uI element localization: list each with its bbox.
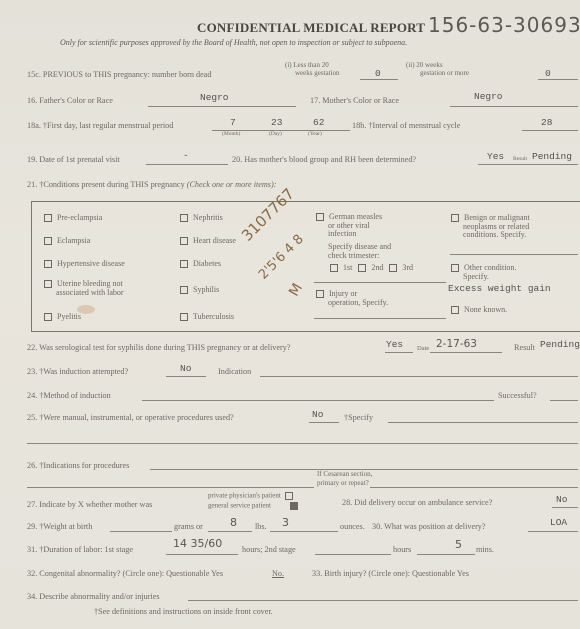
q15c-label: 15c. PREVIOUS to THIS pregnancy: number … — [27, 70, 212, 79]
q29-oz-value[interactable]: 3 — [282, 516, 289, 529]
report-subtitle: Only for scientific purposes approved by… — [60, 38, 407, 47]
private-patient-checkbox[interactable] — [285, 492, 293, 500]
checkbox[interactable] — [44, 237, 52, 245]
q24-label: 24. †Method of induction — [27, 391, 111, 400]
q31-mins-value[interactable]: 5 — [455, 538, 462, 551]
q18a-day-label: (Day) — [269, 131, 282, 137]
condition-benign-neoplasms[interactable]: Benign or malignantneoplasms or relatedc… — [451, 214, 530, 240]
q30-label: 30. What was position at delivery? — [372, 522, 486, 531]
q22-label: 22. Was serological test for syphilis do… — [27, 343, 290, 352]
q22-value[interactable]: Yes — [386, 339, 403, 350]
q15c-opt2-value[interactable]: 0 — [545, 68, 551, 79]
q18a-month[interactable]: 7 — [230, 117, 236, 128]
q16-father-race[interactable]: Negro — [200, 92, 229, 103]
q19-value[interactable]: - — [183, 150, 189, 161]
q29-lbs-value[interactable]: 8 — [230, 516, 237, 529]
condition-tuberculosis[interactable]: Tuberculosis — [180, 313, 234, 322]
q31-stage1-value[interactable]: 14 35/60 — [173, 537, 222, 550]
q22-result-value[interactable]: Pending — [540, 339, 580, 350]
q28-value[interactable]: No — [556, 494, 567, 505]
checkbox[interactable] — [44, 280, 52, 288]
checkbox[interactable] — [180, 214, 188, 222]
q18a-year[interactable]: 62 — [313, 117, 324, 128]
q18b-label: 18b. †Interval of menstrual cycle — [352, 121, 460, 130]
q25-value[interactable]: No — [312, 409, 323, 420]
q31-mins-label: mins. — [476, 545, 494, 554]
q17-label: 17. Mother's Color or Race — [310, 96, 399, 105]
q16-label: 16. Father's Color or Race — [27, 96, 113, 105]
q27-private-patient[interactable]: private physician's patient — [208, 492, 298, 500]
condition-injury[interactable]: Injury oroperation, Specify. — [316, 290, 388, 307]
condition-pyelitis[interactable]: Pyelitis — [44, 313, 81, 322]
q26-cesarean-label-b: primary or repeat? — [317, 480, 369, 488]
report-number: 156-63-30693 — [428, 13, 580, 37]
q27-general-service-patient[interactable]: general service patient — [208, 502, 303, 510]
q21-label: 21. †Conditions present during THIS preg… — [27, 180, 276, 189]
q28-label: 28. Did delivery occur on ambulance serv… — [342, 498, 492, 507]
q29-lbs-label: lbs. — [255, 522, 267, 531]
q26-cesarean-label-a: If Cesarean section, — [317, 471, 372, 479]
checkbox[interactable] — [180, 286, 188, 294]
q31-hours2-label: hours — [393, 545, 411, 554]
condition-nephritis[interactable]: Nephritis — [180, 214, 223, 223]
condition-diabetes[interactable]: Diabetes — [180, 260, 221, 269]
condition-german-measles[interactable]: German measlesor other viralinfection — [316, 213, 382, 239]
q22-result-label: Result — [514, 343, 535, 352]
q23-value[interactable]: No — [180, 363, 191, 374]
q32-label: 32. Congenital abnormality? (Circle one)… — [27, 569, 223, 578]
condition-hypertensive-disease[interactable]: Hypertensive disease — [44, 260, 125, 269]
q26-label: 26. †Indications for procedures — [27, 461, 129, 470]
condition-other[interactable]: Other condition.Specify. — [451, 264, 516, 281]
q29-grams-label: grams or — [174, 522, 203, 531]
checkbox[interactable] — [44, 260, 52, 268]
checkbox[interactable] — [180, 313, 188, 321]
other-condition-value[interactable]: Excess weight gain — [448, 283, 551, 294]
q23-indication-label: Indication — [218, 367, 251, 376]
checkbox[interactable] — [180, 260, 188, 268]
q24-successful-label: Successful? — [498, 391, 537, 400]
q27-label: 27. Indicate by X whether mother was — [27, 500, 152, 509]
report-title: CONFIDENTIAL MEDICAL REPORT — [197, 20, 425, 36]
checkbox[interactable] — [451, 306, 459, 314]
q29-label: 29. †Weight at birth — [27, 522, 92, 531]
checkbox[interactable] — [316, 213, 324, 221]
q22-date-label: Date — [417, 345, 429, 352]
q18a-day[interactable]: 23 — [271, 117, 282, 128]
trimester-3rd-checkbox[interactable] — [389, 264, 397, 272]
medical-report-page: CONFIDENTIAL MEDICAL REPORT 156-63-30693… — [0, 0, 580, 629]
checkbox[interactable] — [180, 237, 188, 245]
q29-oz-label: ounces. — [340, 522, 365, 531]
q18a-label: 18a. †First day, last regular menstrual … — [27, 121, 173, 130]
q20-value[interactable]: Yes — [487, 151, 504, 162]
q22-date-value[interactable]: 2-17-63 — [436, 338, 477, 350]
condition-pre-eclampsia[interactable]: Pre-eclampsia — [44, 214, 102, 223]
trimester-1st-checkbox[interactable] — [330, 264, 338, 272]
q30-value[interactable]: LOA — [550, 517, 567, 528]
q15c-opt1-label-b: weeks gestation — [295, 70, 340, 78]
condition-syphilis[interactable]: Syphilis — [180, 286, 219, 295]
q34-label: 34. Describe abnormality and/or injuries — [27, 592, 160, 601]
q17-mother-race[interactable]: Negro — [474, 91, 503, 102]
q18a-month-label: (Month) — [222, 131, 240, 137]
condition-heart-disease[interactable]: Heart disease — [180, 237, 236, 246]
checkbox[interactable] — [451, 214, 459, 222]
footer-note: †See definitions and instructions on ins… — [94, 607, 273, 616]
q15c-opt1-value[interactable]: 0 — [375, 68, 381, 79]
q32-value[interactable]: No. — [272, 569, 284, 578]
q20-result-value[interactable]: Pending — [532, 151, 572, 162]
condition-eclampsia[interactable]: Eclampsia — [44, 237, 90, 246]
trimester-options: 1st 2nd 3rd — [330, 264, 413, 273]
q23-label: 23. †Was induction attempted? — [27, 367, 128, 376]
q31-hours-label: hours; 2nd stage — [242, 545, 296, 554]
checkbox[interactable] — [44, 313, 52, 321]
q15c-opt2-label-b: gestation or more — [420, 70, 469, 78]
q19-label: 19. Date of 1st prenatal visit — [27, 155, 120, 164]
q31-label: 31. †Duration of labor: 1st stage — [27, 545, 133, 554]
q25-specify-label: †Specify — [344, 413, 373, 422]
q18b-value[interactable]: 28 — [541, 117, 552, 128]
checkbox[interactable] — [451, 264, 459, 272]
general-service-checkbox[interactable] — [290, 502, 298, 510]
condition-none-known[interactable]: None known. — [451, 306, 507, 315]
checkbox[interactable] — [44, 214, 52, 222]
q33-label: 33. Birth injury? (Circle one): Question… — [312, 569, 469, 578]
q25-label: 25. †Were manual, instrumental, or opera… — [27, 413, 234, 422]
condition-uterine-bleeding[interactable]: Uterine bleeding notassociated with labo… — [44, 280, 124, 297]
trimester-2nd-checkbox[interactable] — [358, 264, 366, 272]
stain — [77, 305, 95, 314]
q20-label: 20. Has mother's blood group and RH been… — [232, 155, 416, 164]
specify-trimester-label: Specify disease andcheck trimester: — [328, 243, 391, 260]
q20-result-label: Result — [513, 156, 527, 162]
checkbox[interactable] — [316, 290, 324, 298]
q18a-year-label: (Year) — [308, 131, 322, 137]
